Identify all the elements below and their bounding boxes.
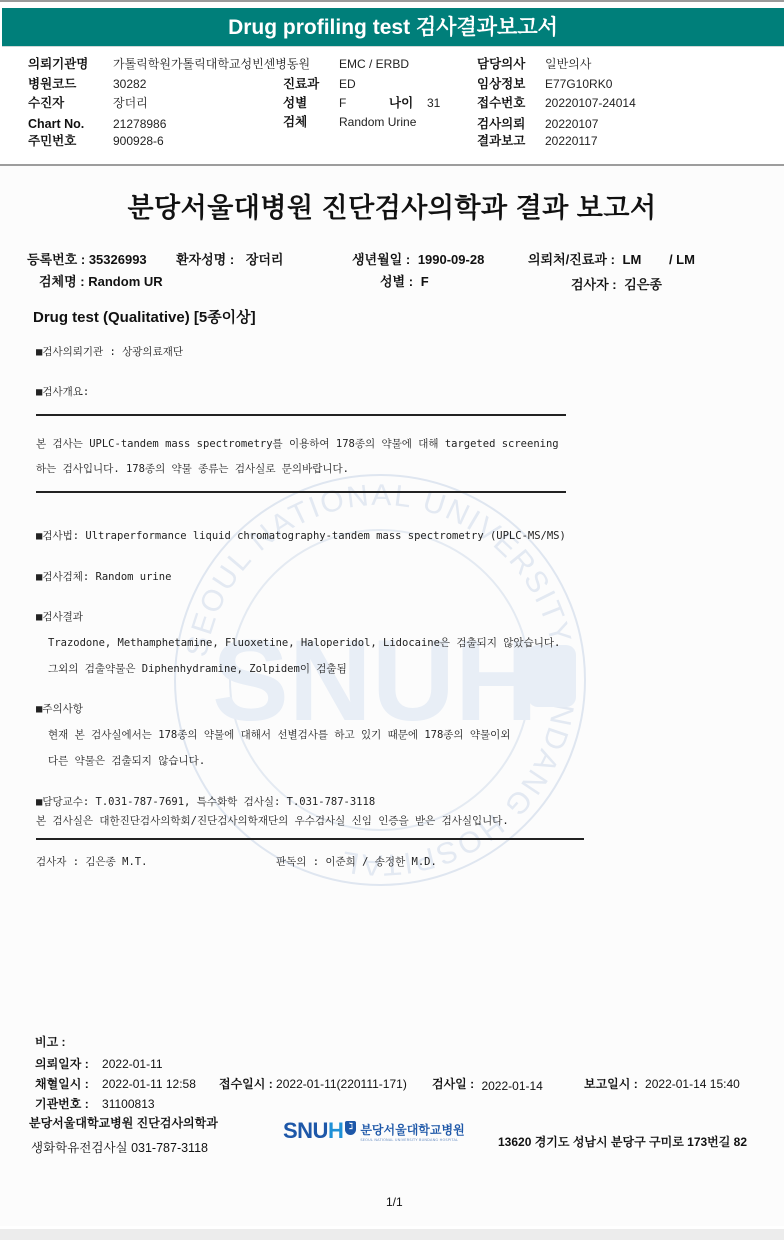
collection-value: 2022-01-11 12:58 [102,1077,196,1091]
logo-shield-icon: ℷ [345,1121,356,1135]
logo-wordmark: SNUH [283,1118,343,1144]
method-line: ■검사법: Ultraperformance liquid chromatogr… [36,528,566,543]
receipt-no-label: 접수번호 [477,95,525,111]
requesting-lab-line: ■검사의뢰기관 : 상광의료재단 [36,344,183,359]
resident-no-label: 주민번호 [28,133,76,149]
collection-label: 채혈일시 : [35,1077,89,1091]
age-value: 31 [427,95,440,111]
tester-value: 김은종 [624,277,662,292]
results-line-2: 그외의 검출약물은 Diphenhydramine, Zolpidem이 검출됨 [48,661,347,676]
hospital-code-value: 30282 [113,76,146,92]
test-date-value: 2022-01-14 [481,1079,542,1093]
referral-label: 의뢰처/진료과 : [528,252,615,267]
remarks-label: 비고 : [35,1033,66,1050]
hospital-code-label: 병원코드 [28,76,76,92]
department-value: ED [339,76,356,92]
collection-field: 채혈일시 : 2022-01-11 12:58 [35,1075,196,1092]
overview-heading: ■검사개요: [36,384,89,399]
contact-line: ■담당교수: T.031-787-7691, 특수화학 검사실: T.031-7… [36,794,375,809]
referral-value: LM [623,252,642,267]
receipt-value: 2022-01-11(220111-171) [276,1077,407,1091]
dashed-rule [36,414,566,416]
caution-line-2: 다른 약물은 검출되지 않습니다. [48,753,205,768]
test-date-label: 검사일 : [432,1077,474,1091]
lab-phone: 생화학유전검사실 031-787-3118 [31,1138,208,1156]
reg-no-value: 35326993 [89,252,147,267]
result-report-label: 결과보고 [477,133,525,149]
logo-korean-name: 분당서울대학교병원 [360,1121,464,1138]
request-date-value: 2022-01-11 [102,1057,163,1071]
test-request-label: 검사의뢰 [477,116,525,132]
overview-line-1: 본 검사는 UPLC-tandem mass spectrometry를 이용하… [36,436,559,451]
doctor-value: 일반의사 [545,56,591,72]
reader-signature: 판독의 : 이준희 / 송정한 M.D. [276,854,437,869]
specimen-line: ■검사검체: Random urine [36,569,171,584]
institution-no-value: 31100813 [102,1097,155,1111]
meta-info-block: 의뢰기관명 가톨릭학원가톨릭대학교성빈센병동원 EMC / ERBD 병원코드 … [0,0,784,160]
referral-field: 의뢰처/진료과 : LM / LM [528,249,695,268]
specimen-name-label: 검체명 : [39,274,85,289]
clinical-info-value: E77G10RK0 [545,76,612,92]
certification-line: 본 검사실은 대한진단검사의학회/진단검사의학재단의 우수검사실 신임 인증을 … [36,813,509,828]
specimen-label: 검체 [283,114,307,130]
tester-label: 검사자 : [571,277,617,292]
tester-signature: 검사자 : 김은종 M.T. [36,854,147,869]
requesting-institution-label: 의뢰기관명 [28,56,88,72]
results-heading: ■검사결과 [36,609,83,624]
receipt-field: 접수일시 : 2022-01-11(220111-171) [219,1075,407,1092]
receipt-label: 접수일시 : [219,1077,273,1091]
sex-value: F [339,95,346,111]
patient-label: 수진자 [28,95,64,111]
request-date-field: 의뢰일자 : 2022-01-11 [35,1055,163,1072]
results-line-1: Trazodone, Methamphetamine, Fluoxetine, … [48,635,560,650]
specimen-name-value: Random UR [88,274,162,289]
reg-no-label: 등록번호 : [27,252,85,267]
dob-label: 생년월일 : [352,252,410,267]
page-number: 1/1 [386,1195,403,1209]
referral-dept-value: / LM [669,252,695,267]
report-date-label: 보고일시 : [584,1077,638,1091]
snuh-logo: SNUH ℷ 분당서울대학교병원 SEOUL NATIONAL UNIVERSI… [283,1118,465,1144]
specimen-value: Random Urine [339,114,416,130]
reg-no-field: 등록번호 : 35326993 [27,249,147,268]
receipt-no-value: 20220107-24014 [545,95,636,111]
report-sex-value: F [421,274,429,289]
test-request-value: 20220107 [545,116,598,132]
request-date-label: 의뢰일자 : [35,1057,89,1071]
caution-heading: ■주의사항 [36,701,83,716]
patient-name-field: 환자성명 : 장더리 [176,249,284,268]
caution-line-1: 현재 본 검사실에서는 178종의 약물에 대해서 선별검사를 하고 있기 때문… [48,727,510,742]
report-sex-field: 성별 : F [380,271,429,290]
report-date-value: 2022-01-14 15:40 [645,1077,740,1091]
viewer-bottom-bar [0,1229,784,1240]
department-name: 분당서울대학교병원 진단검사의학과 [29,1114,218,1131]
resident-no-value: 900928-6 [113,133,164,149]
specimen-name-field: 검체명 : Random UR [39,271,163,290]
dob-field: 생년월일 : 1990-09-28 [352,249,484,268]
logo-english-name: SEOUL NATIONAL UNIVERSITY BUNDANG HOSPIT… [360,1138,464,1142]
result-report-value: 20220117 [545,133,598,149]
patient-value: 장더리 [113,95,148,111]
ward-value: EMC / ERBD [339,56,409,72]
overview-line-2: 하는 검사입니다. 178종의 약물 종류는 검사실로 문의바랍니다. [36,461,349,476]
test-date-field: 검사일 : 2022-01-14 [432,1075,543,1092]
sex-label: 성별 [283,95,307,111]
requesting-institution-value: 가톨릭학원가톨릭대학교성빈센병동원 [113,56,310,72]
hospital-address: 13620 경기도 성남시 분당구 구미로 173번길 82 [498,1133,747,1150]
age-label: 나이 [389,95,413,111]
department-label: 진료과 [283,76,319,92]
report-title: 분당서울대병원 진단검사의학과 결과 보고서 [0,186,784,225]
chart-no-value: 21278986 [113,116,166,132]
patient-name-label: 환자성명 : [176,252,234,267]
report-sex-label: 성별 : [380,274,413,289]
tester-field: 검사자 : 김은종 [571,274,662,293]
institution-no-label: 기관번호 : [35,1097,89,1111]
dob-value: 1990-09-28 [418,252,485,267]
dashed-rule [36,491,566,493]
institution-no-field: 기관번호 : 31100813 [35,1095,155,1112]
chart-no-label: Chart No. [28,116,84,132]
report-date-field: 보고일시 : 2022-01-14 15:40 [584,1075,740,1092]
test-name: Drug test (Qualitative) [5종이상] [33,306,256,327]
clinical-info-label: 임상정보 [477,76,525,92]
doctor-label: 담당의사 [477,56,525,72]
dashed-rule [36,838,584,840]
patient-name-value: 장더리 [246,252,284,267]
